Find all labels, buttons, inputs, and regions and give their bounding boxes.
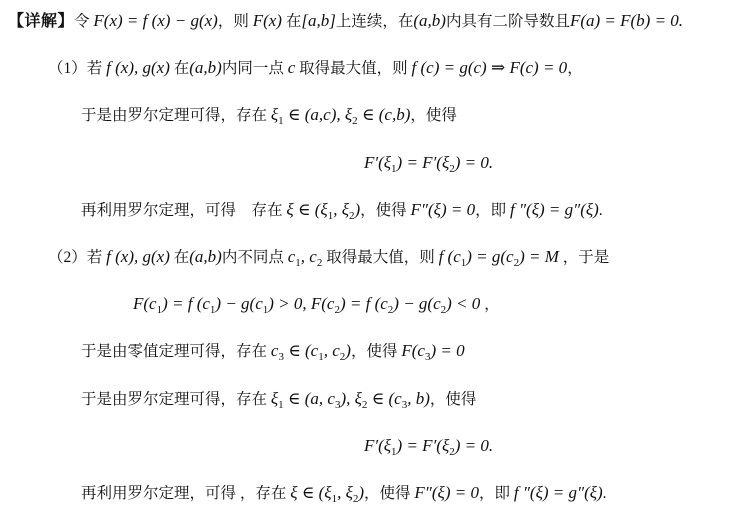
math-run: ) − g(c xyxy=(393,294,440,313)
text-cn: ，使得 xyxy=(360,202,410,219)
text-cn: 内具有二阶导数且 xyxy=(446,13,570,30)
text-line: 于是由罗尔定理可得，存在 ξ1 ∈ (a,c), ξ2 ∈ (c,b)，使得 xyxy=(0,102,755,134)
math-run: , c xyxy=(301,247,317,266)
document: 【详解】令 F(x) = f (x) − g(x)，则 F(x) 在[a,b]上… xyxy=(0,0,755,510)
math-run: F(c xyxy=(133,294,157,313)
text-line: （1）若 f (x), g(x) 在(a,b)内同一点 c 取得最大值，则 f … xyxy=(0,55,755,82)
math-run: ∈ (a, c xyxy=(284,389,335,408)
math-run: f ″(ξ) = g″(ξ) xyxy=(514,483,603,502)
text-line: F(c1) = f (c1) − g(c1) > 0, F(c2) = f (c… xyxy=(0,291,755,323)
text-cn: 在 xyxy=(282,13,301,30)
math-run: ) = f (c xyxy=(340,294,388,313)
math-run: ∈ (c,b) xyxy=(358,105,411,124)
math-run: [a,b] xyxy=(301,11,335,30)
math-run: F′(ξ xyxy=(364,153,391,172)
math-run: F′(ξ xyxy=(364,436,391,455)
text-cn: ，即 xyxy=(475,202,510,219)
math-run: f (c xyxy=(439,247,461,266)
text-cn: ， xyxy=(480,296,499,313)
math-run: ) < 0 xyxy=(446,294,480,313)
label-bold: 【详解】 xyxy=(8,13,74,30)
text-cn: 于是由零值定理可得，存在 xyxy=(81,343,271,360)
text-cn: （2）若 xyxy=(48,249,106,266)
text-cn: 上连续，在 xyxy=(336,13,414,30)
math-run: (a,b) xyxy=(413,11,446,30)
math-run: (a,b) xyxy=(189,247,222,266)
text-cn: 内同一点 xyxy=(222,60,288,77)
math-run: F″(ξ) = 0 xyxy=(414,483,479,502)
math-run: ξ ∈ (ξ xyxy=(286,200,327,219)
math-run: f (x), g(x) xyxy=(106,247,170,266)
text-cn: 在 xyxy=(170,249,189,266)
math-run: , c xyxy=(324,341,340,360)
math-run: F(c xyxy=(401,341,425,360)
text-cn: （1）若 xyxy=(48,60,106,77)
text-line: F′(ξ1) = F′(ξ2) = 0. xyxy=(0,150,755,182)
text-line: 再利用罗尔定理，可得 存在 ξ ∈ (ξ1, ξ2)，使得 F″(ξ) = 0，… xyxy=(0,197,755,229)
text-cn: 取得最大值，则 xyxy=(295,60,411,77)
math-run: F(a) = F(b) = 0. xyxy=(570,11,683,30)
math-run: ) = F′(ξ xyxy=(397,153,450,172)
math-run: ) = g(c xyxy=(466,247,513,266)
text-cn: . xyxy=(603,485,607,502)
text-cn: 令 xyxy=(74,13,93,30)
math-run: ∈ (c xyxy=(284,341,318,360)
text-cn: ，使得 xyxy=(410,107,457,124)
math-run: , b) xyxy=(407,389,430,408)
math-run: f ″(ξ) = g″(ξ) xyxy=(510,200,599,219)
text-line: 再利用罗尔定理，可得 ，存在 ξ ∈ (ξ1, ξ2)，使得 F″(ξ) = 0… xyxy=(0,480,755,510)
text-cn: . xyxy=(599,202,603,219)
math-run: F(x) = f (x) − g(x) xyxy=(93,11,217,30)
math-run: ) = 0 xyxy=(430,341,464,360)
text-cn: ， xyxy=(567,60,583,77)
math-run: ∈ (c xyxy=(367,389,401,408)
text-cn: 于是由罗尔定理可得，存在 xyxy=(81,107,271,124)
math-run: ) = 0. xyxy=(455,436,493,455)
math-run: ) > 0, F(c xyxy=(268,294,334,313)
math-run: f (c) = g(c) ⇒ F(c) = 0 xyxy=(412,58,568,77)
math-run: ∈ (a,c), ξ xyxy=(284,105,352,124)
text-cn: 在 xyxy=(170,60,189,77)
text-line: 于是由零值定理可得，存在 c3 ∈ (c1, c2)，使得 F(c3) = 0 xyxy=(0,338,755,370)
text-cn: ，即 xyxy=(479,485,514,502)
math-run: ξ ∈ (ξ xyxy=(290,483,331,502)
math-run: ) = f (c xyxy=(162,294,210,313)
text-cn: ，于是 xyxy=(559,249,609,266)
text-cn: 取得最大值，则 xyxy=(322,249,438,266)
math-run: (a,b) xyxy=(189,58,222,77)
text-cn: 内不同点 xyxy=(222,249,288,266)
math-run: f (x), g(x) xyxy=(106,58,170,77)
math-run: ) = 0. xyxy=(455,153,493,172)
text-cn: 再利用罗尔定理，可得 ，存在 xyxy=(81,485,290,502)
math-run: ) = M xyxy=(519,247,559,266)
text-line: 于是由罗尔定理可得，存在 ξ1 ∈ (a, c3), ξ2 ∈ (c3, b)，… xyxy=(0,386,755,418)
text-cn: 于是由罗尔定理可得，存在 xyxy=(81,391,271,408)
math-run: , ξ xyxy=(337,483,353,502)
text-cn: ，使得 xyxy=(351,343,401,360)
text-line: F′(ξ1) = F′(ξ2) = 0. xyxy=(0,433,755,465)
math-run: ) = F′(ξ xyxy=(397,436,450,455)
math-run: F″(ξ) = 0 xyxy=(411,200,476,219)
text-cn: ，使得 xyxy=(364,485,414,502)
text-line: 【详解】令 F(x) = f (x) − g(x)，则 F(x) 在[a,b]上… xyxy=(0,8,755,35)
text-line: （2）若 f (x), g(x) 在(a,b)内不同点 c1, c2 取得最大值… xyxy=(0,244,755,276)
math-run: ), ξ xyxy=(340,389,361,408)
text-cn: 再利用罗尔定理，可得 存在 xyxy=(81,202,286,219)
math-run: ) − g(c xyxy=(215,294,262,313)
text-cn: ，使得 xyxy=(430,391,477,408)
math-run: , ξ xyxy=(333,200,349,219)
math-run: F(x) xyxy=(253,11,282,30)
text-cn: ，则 xyxy=(218,13,253,30)
